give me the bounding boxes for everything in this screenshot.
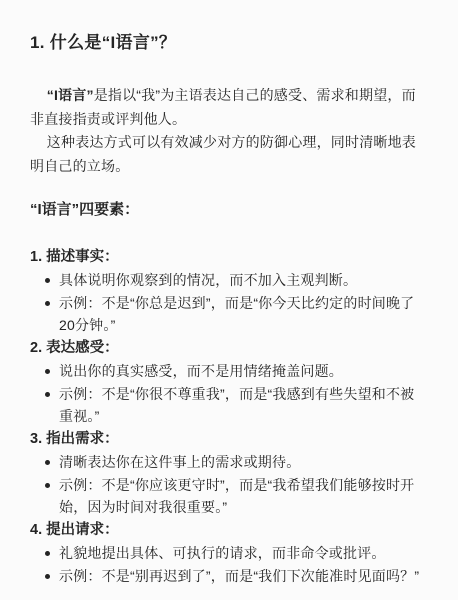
section-heading: 1. 描述事实：: [30, 246, 428, 269]
section-make-request: 4. 提出请求： 礼貌地提出具体、可执行的请求，而非命令或批评。 示例：不是“别…: [30, 519, 428, 587]
bullet-text: 礼貌地提出具体、可执行的请求，而非命令或批评。: [59, 545, 386, 561]
bullet-text: 清晰表达你在这件事上的需求或期待。: [59, 454, 300, 470]
bullet-dot-icon: [45, 278, 50, 283]
bullet-dot-icon: [45, 369, 50, 374]
bullet-dot-icon: [45, 551, 50, 556]
bullet-text: 说出你的真实感受，而不是用情绪掩盖问题。: [59, 363, 343, 379]
intro-benefit-text: 这种表达方式可以有效减少对方的防御心理，同时清晰地表明自己的立场。: [30, 134, 416, 174]
bullet-dot-icon: [45, 392, 50, 397]
list-item: 具体说明你观察到的情况，而不加入主观判断。: [30, 269, 428, 292]
document-page: 1. 什么是“I语言”？ “I语言”是指以“我”为主语表达自己的感受、需求和期望…: [0, 0, 458, 600]
list-item: 示例：不是“你应该更守时”，而是“我希望我们能够按时开始，因为时间对我很重要。”: [30, 474, 428, 520]
bullet-dot-icon: [45, 483, 50, 488]
section-heading: 3. 指出需求：: [30, 428, 428, 451]
bullet-text: 具体说明你观察到的情况，而不加入主观判断。: [59, 272, 357, 288]
section-heading: 4. 提出请求：: [30, 519, 428, 542]
bullet-dot-icon: [45, 574, 50, 579]
list-item: 说出你的真实感受，而不是用情绪掩盖问题。: [30, 360, 428, 383]
bullet-list: 清晰表达你在这件事上的需求或期待。 示例：不是“你应该更守时”，而是“我希望我们…: [30, 451, 428, 519]
bullet-text: 示例：不是“你总是迟到”，而是“你今天比约定的时间晚了20分钟。”: [59, 295, 414, 334]
bullet-text: 示例：不是“你很不尊重我”，而是“我感到有些失望和不被重视。”: [59, 386, 414, 425]
page-title: 1. 什么是“I语言”？: [30, 30, 428, 56]
list-item: 示例：不是“你很不尊重我”，而是“我感到有些失望和不被重视。”: [30, 383, 428, 429]
section-express-feelings: 2. 表达感受： 说出你的真实感受，而不是用情绪掩盖问题。 示例：不是“你很不尊…: [30, 337, 428, 428]
bullet-list: 礼貌地提出具体、可执行的请求，而非命令或批评。 示例：不是“别再迟到了”，而是“…: [30, 542, 428, 588]
section-describe-facts: 1. 描述事实： 具体说明你观察到的情况，而不加入主观判断。 示例：不是“你总是…: [30, 246, 428, 337]
intro-paragraph-benefit: 这种表达方式可以有效减少对方的防御心理，同时清晰地表明自己的立场。: [30, 131, 428, 178]
bullet-list: 具体说明你观察到的情况，而不加入主观判断。 示例：不是“你总是迟到”，而是“你今…: [30, 269, 428, 337]
bullet-dot-icon: [45, 301, 50, 306]
section-heading: 2. 表达感受：: [30, 337, 428, 360]
list-item: 示例：不是“别再迟到了”，而是“我们下次能准时见面吗？”: [30, 565, 428, 588]
list-item: 礼貌地提出具体、可执行的请求，而非命令或批评。: [30, 542, 428, 565]
list-item: 示例：不是“你总是迟到”，而是“你今天比约定的时间晚了20分钟。”: [30, 292, 428, 338]
intro-lead-term: “I语言”: [47, 87, 94, 103]
bullet-text: 示例：不是“别再迟到了”，而是“我们下次能准时见面吗？”: [59, 568, 419, 584]
list-item: 清晰表达你在这件事上的需求或期待。: [30, 451, 428, 474]
section-state-needs: 3. 指出需求： 清晰表达你在这件事上的需求或期待。 示例：不是“你应该更守时”…: [30, 428, 428, 519]
subtitle-four-elements: “I语言”四要素：: [30, 198, 428, 221]
bullet-text: 示例：不是“你应该更守时”，而是“我希望我们能够按时开始，因为时间对我很重要。”: [59, 477, 414, 516]
bullet-list: 说出你的真实感受，而不是用情绪掩盖问题。 示例：不是“你很不尊重我”，而是“我感…: [30, 360, 428, 428]
intro-block: “I语言”是指以“我”为主语表达自己的感受、需求和期望，而非直接指责或评判他人。…: [30, 84, 428, 178]
intro-paragraph-definition: “I语言”是指以“我”为主语表达自己的感受、需求和期望，而非直接指责或评判他人。: [30, 84, 428, 131]
bullet-dot-icon: [45, 460, 50, 465]
